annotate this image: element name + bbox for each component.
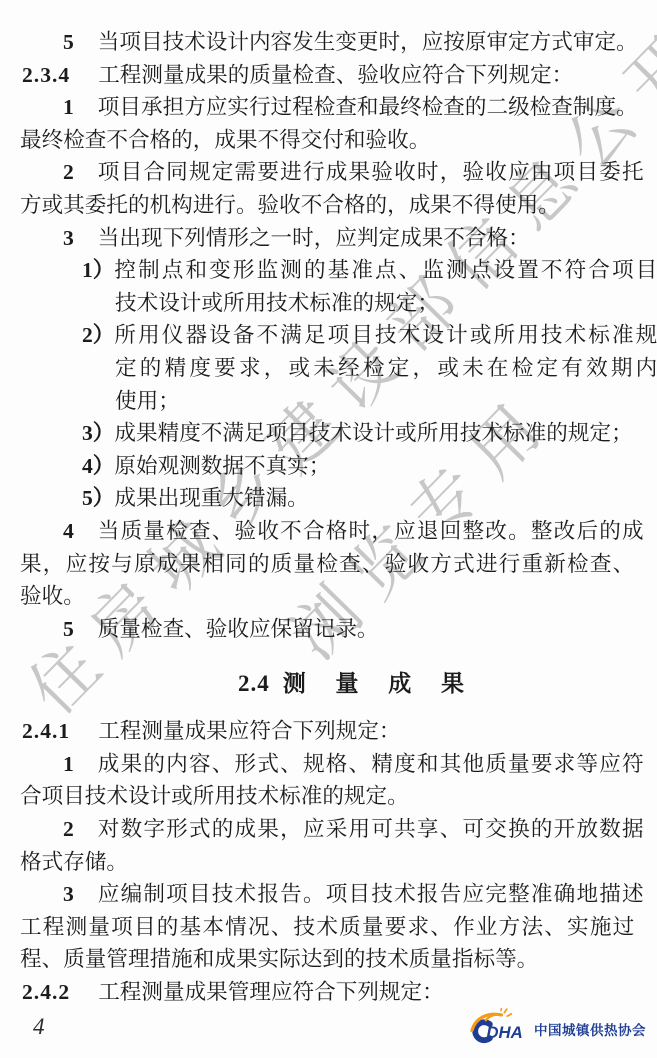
line-text: 成果出现重大错漏。 [114,486,308,510]
line-text: 对数字形式的成果，应采用可共享、可交换的开放数据 [98,817,645,841]
subitem-line: 使用； [20,385,639,418]
line-text: 原始观测数据不真实； [114,454,330,478]
section-title: 测 量 成 果 [283,671,476,696]
item-number: 3 [63,226,74,250]
line-text: 成果的内容、形式、规格、精度和其他质量要求等应符 [98,752,645,776]
paragraph-line: 工程测量项目的基本情况、技术质量要求、作业方法、实施过 [20,911,639,944]
clause-number: 2.3.4 [22,63,70,87]
paragraph-line: 1成果的内容、形式、规格、精度和其他质量要求等应符 [20,748,639,781]
subitem-line: 2）所用仪器设备不满足项目技术设计或所用技术标准规 [20,319,639,352]
item-number: 1 [63,752,74,776]
paragraph-line: 3应编制项目技术报告。项目技术报告应完整准确地描述 [20,878,639,911]
paragraph-line: 合项目技术设计或所用技术标准的规定。 [20,780,639,813]
line-text: 控制点和变形监测的基准点、监测点设置不符合项目 [114,258,657,282]
line-text: 工程测量成果的质量检查、验收应符合下列规定： [98,63,573,87]
cdha-logo: DHA 中国城镇供热协会 [469,1008,646,1044]
clause-number: 2.4.2 [22,980,70,1004]
subitem-number: 4） [82,454,114,478]
logo-association-name: 中国城镇供热协会 [534,1019,646,1039]
item-number: 3 [63,882,74,906]
section-number: 2.4 [238,671,270,696]
paragraph-line: 验收。 [20,580,639,613]
line-text: 成果精度不满足项目技术设计或所用技术标准的规定； [114,421,632,445]
line-text: 格式存储。 [20,850,128,874]
line-text: 当项目技术设计内容发生变更时，应按原审定方式审定。 [98,30,638,54]
section-heading: 2.4测 量 成 果 [20,667,639,700]
subitem-number: 2） [82,323,114,347]
document-body: 5当项目技术设计内容发生变更时，应按原审定方式审定。 2.3.4工程测量成果的质… [20,26,639,1009]
logo-abbr: DHA [486,1023,522,1042]
subitem-number: 3） [82,421,114,445]
clause-line: 2.3.4工程测量成果的质量检查、验收应符合下列规定： [20,59,639,92]
clause-number: 2.4.1 [22,719,70,743]
clause-line: 2.4.1工程测量成果应符合下列规定： [20,715,639,748]
item-number: 5 [63,30,74,54]
subitem-line: 5）成果出现重大错漏。 [20,482,639,515]
item-number: 2 [63,817,74,841]
document-page: 住房城乡建设部信息公开 浏览专用 5当项目技术设计内容发生变更时，应按原审定方式… [0,0,657,1058]
line-text: 质量检查、验收应保留记录。 [98,617,379,641]
item-number: 5 [63,617,74,641]
paragraph-line: 4当质量检查、验收不合格时，应退回整改。整改后的成 [20,515,639,548]
paragraph-line: 5质量检查、验收应保留记录。 [20,613,639,646]
item-number: 4 [63,519,74,543]
line-text: 项目合同规定需要进行成果验收时，验收应由项目委托 [98,160,645,184]
line-text: 当质量检查、验收不合格时，应退回整改。整改后的成 [98,519,645,543]
paragraph-line: 5当项目技术设计内容发生变更时，应按原审定方式审定。 [20,26,639,59]
line-text: 方或其委托的机构进行。验收不合格的，成果不得使用。 [20,193,560,217]
paragraph-line: 1项目承担方应实行过程检查和最终检查的二级检查制度。 [20,91,639,124]
subitem-number: 5） [82,486,114,510]
line-text: 合项目技术设计或所用技术标准的规定。 [20,784,409,808]
clause-line: 2.4.2工程测量成果管理应符合下列规定： [20,976,639,1009]
line-text: 使用； [115,389,180,413]
paragraph-line: 最终检查不合格的，成果不得交付和验收。 [20,124,639,157]
line-text: 工程测量成果应符合下列规定： [98,719,400,743]
logo-ray-icon [507,1014,511,1016]
line-text: 最终检查不合格的，成果不得交付和验收。 [20,128,430,152]
line-text: 果，应按与原成果相同的质量检查、验收方式进行重新检查、 [20,552,635,576]
cdha-logo-mark: DHA [469,1008,527,1044]
line-text: 项目承担方应实行过程检查和最终检查的二级检查制度。 [98,95,638,119]
line-text: 工程测量项目的基本情况、技术质量要求、作业方法、实施过 [20,915,635,939]
subitem-line: 4）原始观测数据不真实； [20,450,639,483]
paragraph-line: 果，应按与原成果相同的质量检查、验收方式进行重新检查、 [20,548,639,581]
subitem-number: 1） [82,258,114,282]
item-number: 2 [63,160,74,184]
paragraph-line: 2项目合同规定需要进行成果验收时，验收应由项目委托 [20,156,639,189]
logo-ray-icon [504,1009,506,1012]
subitem-line: 技术设计或所用技术标准的规定； [20,287,639,320]
line-text: 程、质量管理措施和成果实际达到的技术质量指标等。 [20,947,538,971]
item-number: 1 [63,95,74,119]
line-text: 技术设计或所用技术标准的规定； [115,291,439,315]
subitem-line: 1）控制点和变形监测的基准点、监测点设置不符合项目 [20,254,639,287]
paragraph-line: 3当出现下列情形之一时，应判定成果不合格： [20,222,639,255]
paragraph-line: 方或其委托的机构进行。验收不合格的，成果不得使用。 [20,189,639,222]
line-text: 定的精度要求，或未经检定，或未在检定有效期内 [115,356,657,380]
subitem-line: 3）成果精度不满足项目技术设计或所用技术标准的规定； [20,417,639,450]
page-number: 4 [33,1014,45,1040]
line-text: 工程测量成果管理应符合下列规定： [98,980,444,1004]
logo-ray-icon [501,1008,502,1011]
paragraph-line: 格式存储。 [20,846,639,879]
line-text: 所用仪器设备不满足项目技术设计或所用技术标准规 [114,323,657,347]
paragraph-line: 程、质量管理措施和成果实际达到的技术质量指标等。 [20,943,639,976]
paragraph-line: 2对数字形式的成果，应采用可共享、可交换的开放数据 [20,813,639,846]
subitem-line: 定的精度要求，或未经检定，或未在检定有效期内 [20,352,639,385]
line-text: 验收。 [20,584,85,608]
line-text: 应编制项目技术报告。项目技术报告应完整准确地描述 [98,882,645,906]
line-text: 当出现下列情形之一时，应判定成果不合格： [98,226,530,250]
